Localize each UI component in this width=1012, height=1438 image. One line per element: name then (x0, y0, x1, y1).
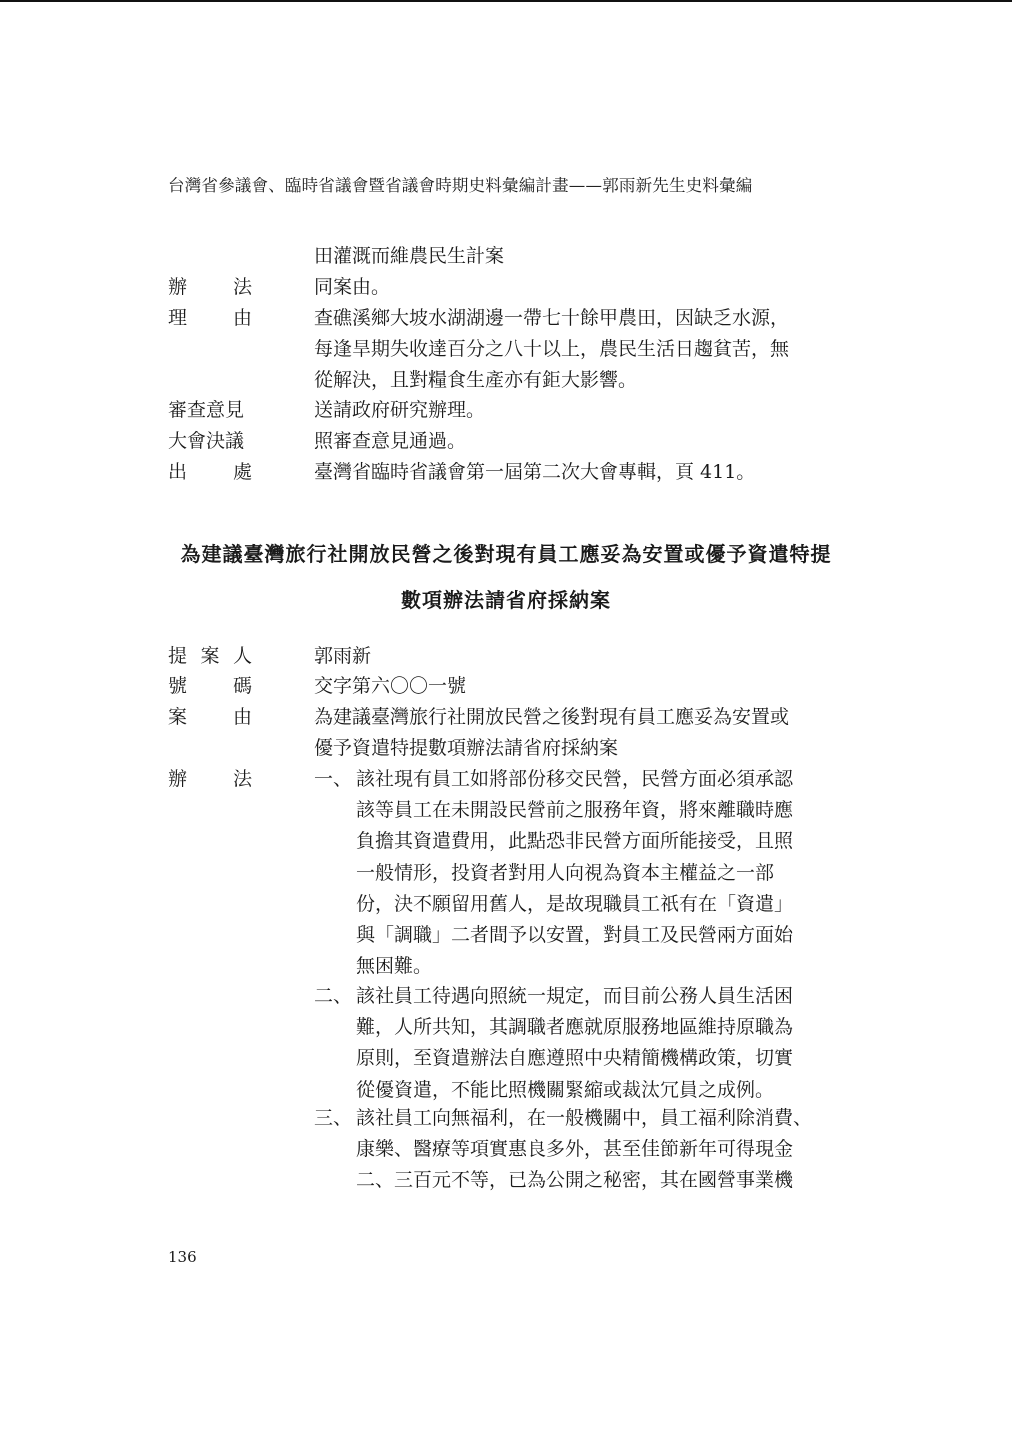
case-title-line-1: 為建議臺灣旅行社開放民營之後對現有員工應妥為安置或優予資遣特提 (0, 538, 1012, 567)
field-label: 案 由 (168, 702, 252, 733)
measure-item-3: 三、 該社員工向無福利，在一般機關中，員工福利除消費、 康樂、醫療等項實惠良多外… (314, 1103, 812, 1197)
field-label: 大會決議 (168, 426, 252, 457)
field-label: 出 處 (168, 457, 252, 488)
field-value: 為建議臺灣旅行社開放民營之後對現有員工應妥為安置或 優予資遣特提數項辦法請省府採… (314, 702, 789, 764)
measure-item-1: 一、 該社現有員工如將部份移交民營，民營方面必須承認 該等員工在未開設民營前之服… (314, 764, 793, 982)
field-label: 號 碼 (168, 671, 252, 702)
page-number: 136 (168, 1248, 197, 1266)
field-label: 審查意見 (168, 395, 252, 426)
top-border-rule (0, 0, 1012, 2)
field-value: 郭雨新 (314, 641, 371, 672)
running-header: 台灣省參議會、臨時省議會暨省議會時期史料彙編計畫——郭雨新先生史料彙編 (168, 172, 753, 196)
field-label: 提 案 人 (168, 641, 252, 672)
field-value: 臺灣省臨時省議會第一屆第二次大會專輯，頁 411。 (314, 457, 755, 488)
case-title-line-2: 數項辦法請省府採納案 (0, 584, 1012, 613)
field-label: 辦 法 (168, 272, 252, 303)
field-value: 送請政府研究辦理。 (314, 395, 485, 426)
field-label: 辦 法 (168, 764, 252, 795)
field-value: 照審查意見通過。 (314, 426, 466, 457)
field-value: 同案由。 (314, 272, 390, 303)
field-value: 查礁溪鄉大坡水湖湖邊一帶七十餘甲農田，因缺乏水源， 每逢旱期失收達百分之八十以上… (314, 303, 789, 396)
measure-item-2: 二、 該社員工待遇向照統一規定，而目前公務人員生活困 難，人所共知，其調職者應就… (314, 981, 793, 1106)
field-label: 理 由 (168, 303, 252, 334)
field-value: 交字第六〇〇一號 (314, 671, 466, 702)
